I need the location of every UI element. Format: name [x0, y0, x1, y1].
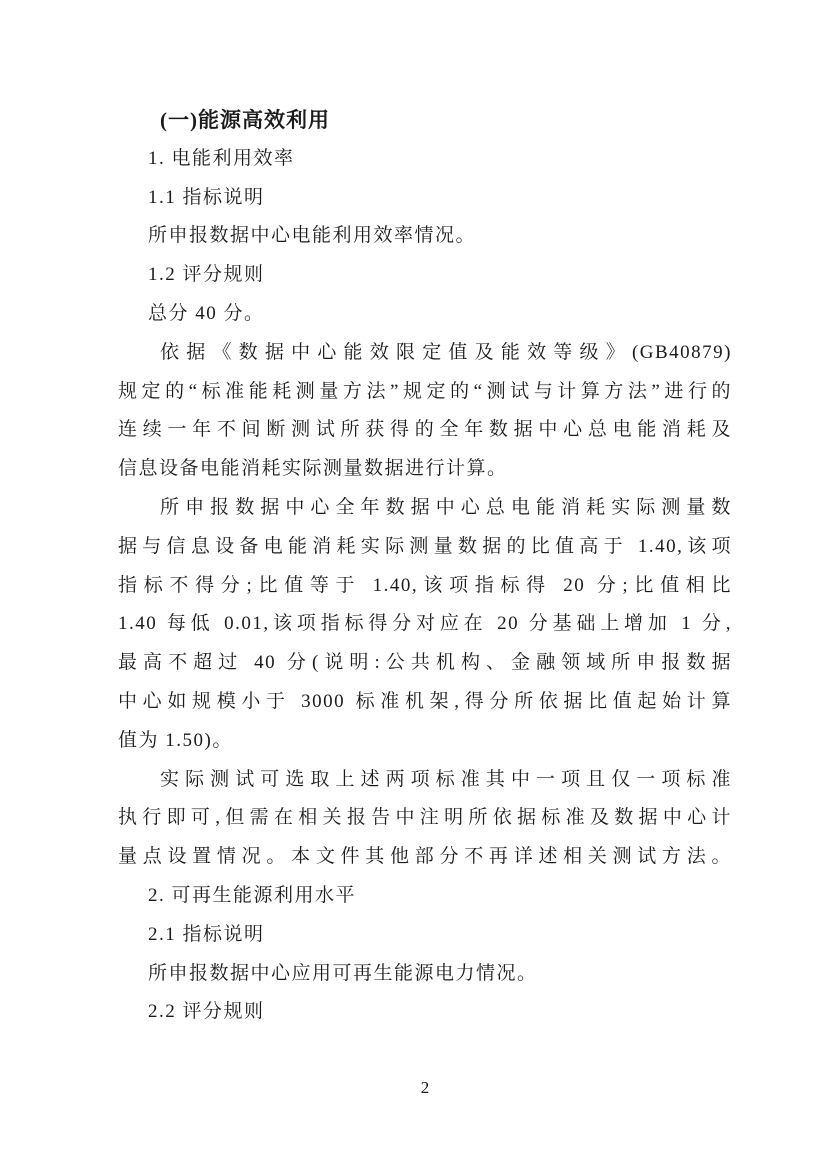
- para-scoring-line-5: 最高不超过 40 分(说明:公共机构、金融领域所申报数据: [118, 644, 732, 683]
- para-scoring-line-7: 值为 1.50)。: [118, 722, 732, 761]
- para-basis-line-3: 连续一年不间断测试所获得的全年数据中心总电能消耗及: [118, 411, 732, 450]
- item-2-1-text: 所申报数据中心应用可再生能源电力情况。: [118, 955, 732, 994]
- item-1-2-title: 1.2 评分规则: [118, 256, 732, 295]
- document-body: (一)能源高效利用 1. 电能利用效率 1.1 指标说明 所申报数据中心电能利用…: [118, 101, 732, 1032]
- item-1-2-total-score: 总分 40 分。: [118, 295, 732, 334]
- item-1-1-title: 1.1 指标说明: [118, 179, 732, 218]
- para-basis-line-1: 依据《数据中心能效限定值及能效等级》(GB40879): [118, 334, 732, 373]
- para-testing-line-3: 量点设置情况。本文件其他部分不再详述相关测试方法。: [118, 838, 732, 877]
- para-scoring-line-6: 中心如规模小于 3000 标准机架,得分所依据比值起始计算: [118, 683, 732, 722]
- para-scoring-line-4: 1.40 每低 0.01,该项指标得分对应在 20 分基础上增加 1 分,: [118, 605, 732, 644]
- para-basis-line-4: 信息设备电能消耗实际测量数据进行计算。: [118, 450, 732, 489]
- page-number: 2: [118, 1078, 732, 1098]
- document-page: (一)能源高效利用 1. 电能利用效率 1.1 指标说明 所申报数据中心电能利用…: [0, 0, 826, 1169]
- item-2-1-title: 2.1 指标说明: [118, 916, 732, 955]
- item-1-title: 1. 电能利用效率: [118, 140, 732, 179]
- para-testing-line-2: 执行即可,但需在相关报告中注明所依据标准及数据中心计: [118, 799, 732, 838]
- item-2-2-title: 2.2 评分规则: [118, 993, 732, 1032]
- para-basis-line-2: 规定的“标准能耗测量方法”规定的“测试与计算方法”进行的: [118, 373, 732, 412]
- para-scoring-line-2: 据与信息设备电能消耗实际测量数据的比值高于 1.40,该项: [118, 528, 732, 567]
- para-scoring-line-3: 指标不得分;比值等于 1.40,该项指标得 20 分;比值相比: [118, 567, 732, 606]
- item-2-title: 2. 可再生能源利用水平: [118, 877, 732, 916]
- para-scoring-line-1: 所申报数据中心全年数据中心总电能消耗实际测量数: [118, 489, 732, 528]
- item-1-1-text: 所申报数据中心电能利用效率情况。: [118, 217, 732, 256]
- para-testing-line-1: 实际测试可选取上述两项标准其中一项且仅一项标准: [118, 761, 732, 800]
- section-heading: (一)能源高效利用: [118, 101, 732, 140]
